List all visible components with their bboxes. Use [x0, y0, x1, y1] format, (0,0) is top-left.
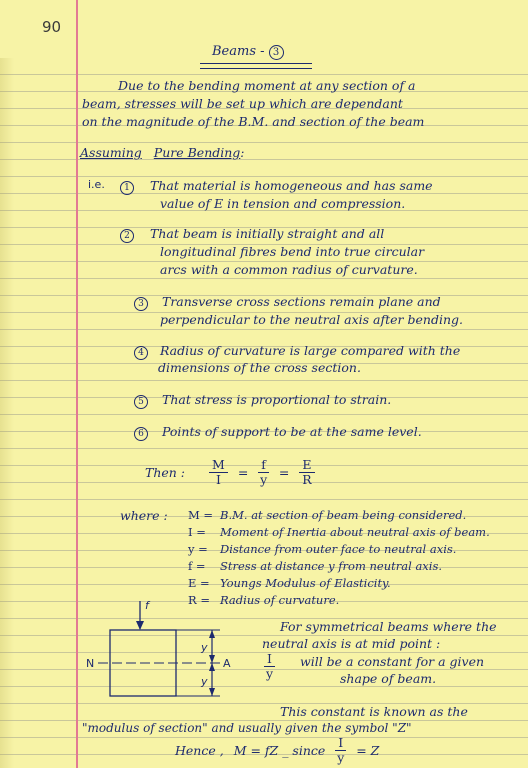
hence-eq: M = fZ _ since — [234, 743, 326, 758]
title-text: Beams - — [212, 44, 265, 59]
definition-row: f =Stress at distance y from neutral axi… — [188, 559, 442, 573]
page-number: 90 — [42, 18, 61, 36]
page-title: Beams -3 — [212, 44, 284, 60]
intro-line-1: Due to the bending moment at any section… — [118, 78, 416, 93]
dim-arrow-icon — [209, 655, 215, 663]
hence-label: Hence , — [175, 743, 224, 758]
hence-equation: Hence , M = fZ _ since Iy = Z — [175, 736, 379, 765]
dim-arrow-icon — [209, 663, 215, 671]
item-number: 5 — [134, 395, 148, 409]
margin-line — [76, 0, 78, 768]
fraction-i-over-y: Iy — [264, 652, 275, 681]
fraction-m-over-i: MI — [209, 458, 228, 487]
heading-colon: : — [240, 145, 244, 160]
definition-row: y =Distance from outer face to neutral a… — [188, 542, 456, 556]
item-line: dimensions of the cross section. — [158, 360, 361, 375]
symmetric-note-line-3: will be a constant for a given — [300, 654, 484, 669]
definitions-label: where : — [120, 508, 168, 523]
item-line: perpendicular to the neutral axis after … — [160, 312, 463, 327]
dim-arrow-icon — [209, 688, 215, 696]
dim-arrow-icon — [209, 630, 215, 638]
item-line: value of E in tension and compression. — [160, 196, 405, 211]
assumption-item-5: 5 That stress is proportional to strain. — [134, 392, 391, 409]
item-number: 1 — [120, 181, 134, 195]
definition-row: E =Youngs Modulus of Elasticity. — [188, 576, 391, 590]
assumptions-heading: Assuming Pure Bending: — [80, 145, 245, 160]
fraction-i-over-y-since: Iy — [335, 736, 346, 765]
item-line: Points of support to be at the same leve… — [162, 424, 422, 439]
item-line: That material is homogeneous and has sam… — [150, 178, 433, 193]
item-line: That stress is proportional to strain. — [162, 392, 391, 407]
assumption-item-4: 4 Radius of curvature is large compared … — [134, 343, 460, 360]
intro-line-3: on the magnitude of the B.M. and section… — [82, 114, 424, 129]
neutral-label: N — [86, 657, 94, 670]
assumption-item-2: 2 That beam is initially straight and al… — [120, 226, 384, 243]
symmetric-note-line-2: neutral axis is at mid point : — [262, 636, 440, 651]
flexure-formula: Then : MI = fy = ER — [145, 458, 321, 487]
item-line: Radius of curvature is large compared wi… — [160, 343, 460, 358]
symmetric-note-fraction-row: Iy — [262, 652, 281, 681]
intro-line-2: beam, stresses will be set up which are … — [82, 96, 403, 111]
symmetric-note-line-4: shape of beam. — [340, 671, 436, 686]
axis-label: A — [223, 657, 231, 670]
item-line: That beam is initially straight and all — [150, 226, 384, 241]
item-line: longitudinal fibres bend into true circu… — [160, 244, 424, 259]
force-arrow-head — [136, 621, 144, 630]
since-eq: = Z — [356, 743, 379, 758]
item-number: 4 — [134, 346, 148, 360]
modulus-note-line-2: "modulus of section" and usually given t… — [82, 721, 412, 735]
modulus-note-line-1: This constant is known as the — [280, 704, 468, 719]
equals-sign: = — [238, 465, 248, 480]
item-number: 6 — [134, 427, 148, 441]
assumptions-heading-word: Assuming — [80, 145, 142, 160]
pure-bending-heading: Pure Bending — [154, 145, 241, 160]
definition-row: I =Moment of Inertia about neutral axis … — [188, 525, 490, 539]
symmetric-note-line-1: For symmetrical beams where the — [280, 619, 497, 634]
formula-label: Then : — [145, 465, 185, 480]
item-line: Transverse cross sections remain plane a… — [162, 294, 441, 309]
definition-row: M =B.M. at section of beam being conside… — [188, 508, 466, 522]
beam-cross-section-diagram: f N y y A — [80, 595, 250, 705]
lower-dim-label: y — [200, 675, 208, 688]
item-number: 3 — [134, 297, 148, 311]
item-number: 2 — [120, 229, 134, 243]
assumption-item-3: 3 Transverse cross sections remain plane… — [134, 294, 441, 311]
upper-dim-label: y — [200, 641, 208, 654]
fraction-f-over-y: fy — [258, 458, 269, 487]
equals-sign: = — [279, 465, 289, 480]
fraction-e-over-r: ER — [299, 458, 314, 487]
title-underline — [200, 63, 312, 69]
item-line: arcs with a common radius of curvature. — [160, 262, 418, 277]
assumption-item-1: 1 That material is homogeneous and has s… — [120, 178, 433, 195]
ie-prefix: i.e. — [88, 178, 105, 191]
assumption-item-6: 6 Points of support to be at the same le… — [134, 424, 422, 441]
force-label: f — [145, 599, 151, 612]
title-circled-number: 3 — [269, 45, 284, 60]
